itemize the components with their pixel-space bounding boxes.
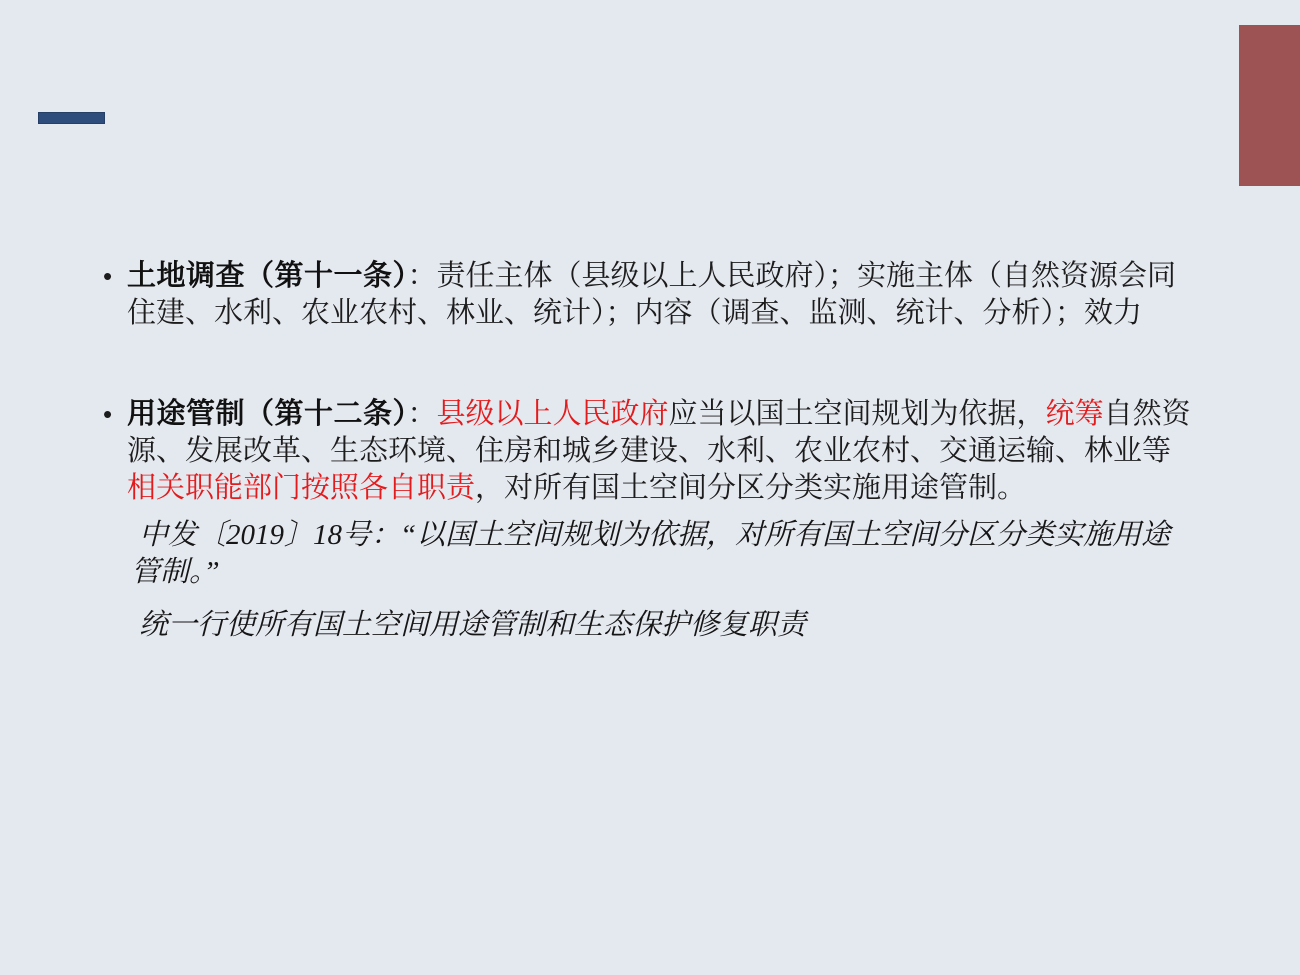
bullet-icon: • — [103, 396, 112, 433]
bullet-icon: • — [103, 258, 112, 295]
title-accent-bar — [38, 112, 105, 124]
corner-decoration-block — [1239, 25, 1300, 186]
text-segment-red: 相关职能部门按照各自职责 — [127, 472, 475, 504]
presentation-slide: • 土地调查（第十一条）：责任主体（县级以上人民政府）；实施主体（自然资源会同住… — [0, 0, 1300, 975]
text-segment-red: 县级以上人民政府 — [437, 398, 669, 430]
bullet-text-use-control: 用途管制（第十二条）：县级以上人民政府应当以国土空间规划为依据，统筹自然资源、发… — [127, 398, 1191, 504]
bullet-text-land-survey: 土地调查（第十一条）：责任主体（县级以上人民政府）；实施主体（自然资源会同住建、… — [127, 260, 1176, 329]
bullet-item-use-control: • 用途管制（第十二条）：县级以上人民政府应当以国土空间规划为依据，统筹自然资源… — [103, 396, 1193, 507]
text-segment-normal: ： — [408, 398, 437, 430]
note-unified-duty: 统一行使所有国土空间用途管制和生态保护修复职责 — [103, 607, 1193, 644]
text-segment-red: 统筹 — [1046, 398, 1104, 430]
text-segment-bold: 土地调查（第十一条） — [127, 260, 408, 292]
slide-body: • 土地调查（第十一条）：责任主体（县级以上人民政府）；实施主体（自然资源会同住… — [103, 258, 1193, 658]
bullet-list: • 土地调查（第十一条）：责任主体（县级以上人民政府）；实施主体（自然资源会同住… — [103, 258, 1193, 507]
text-segment-normal: 应当以国土空间规划为依据， — [669, 398, 1046, 430]
note-zhongfa-quote: 中发〔2019〕18号：“以国土空间规划为依据，对所有国土空间分区分类实施用途管… — [103, 517, 1193, 591]
text-segment-bold: 用途管制（第十二条） — [127, 398, 408, 430]
text-segment-normal: ，对所有国土空间分区分类实施用途管制。 — [475, 472, 1026, 504]
bullet-item-land-survey: • 土地调查（第十一条）：责任主体（县级以上人民政府）；实施主体（自然资源会同住… — [103, 258, 1193, 332]
